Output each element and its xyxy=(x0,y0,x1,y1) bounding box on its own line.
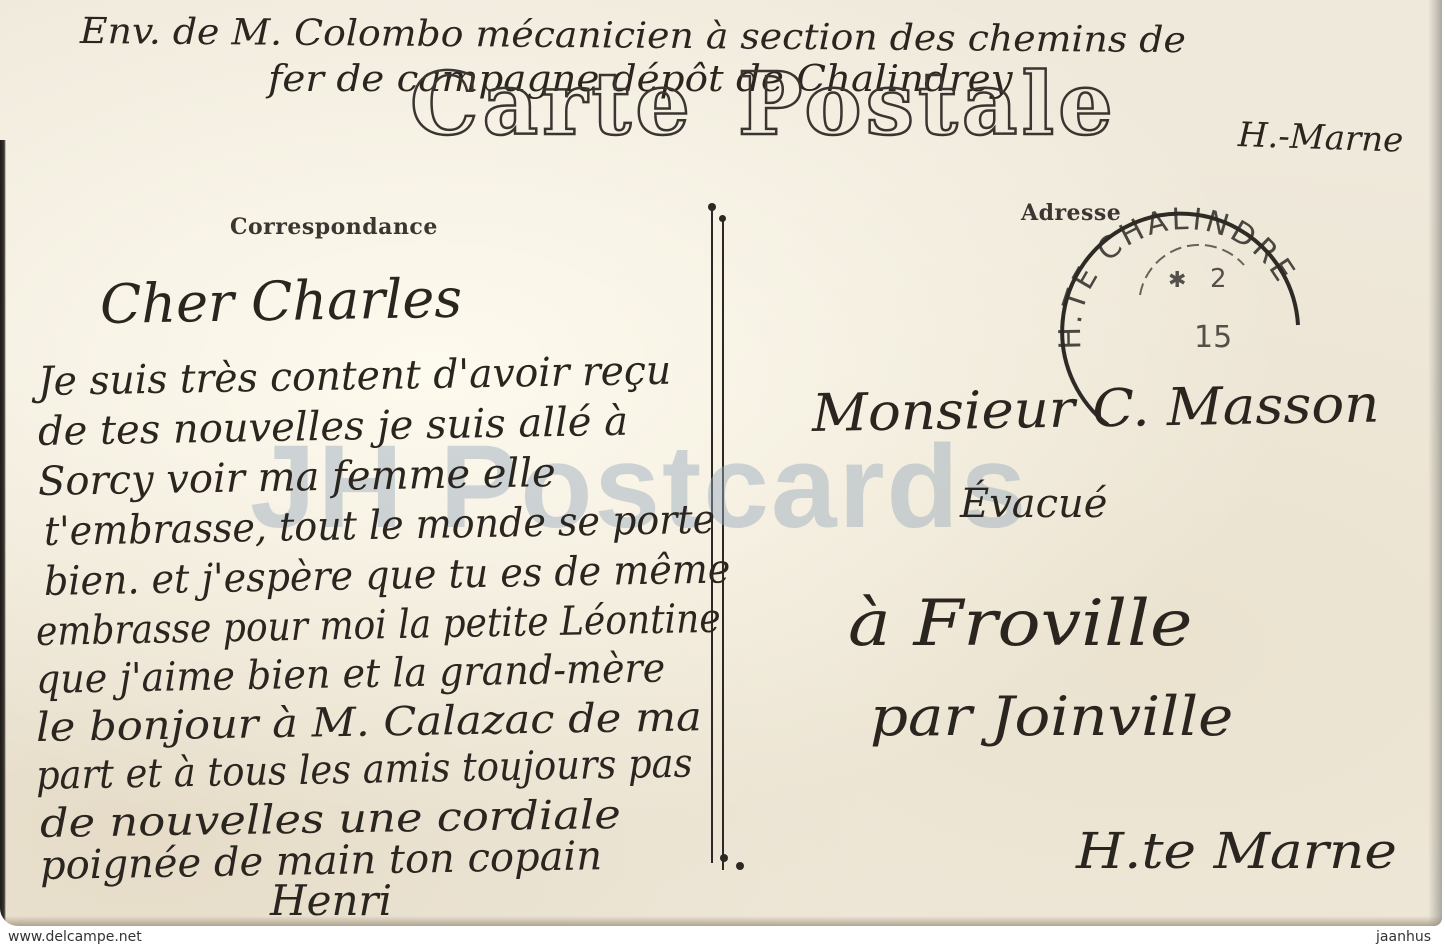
divider-knob-bottom-right xyxy=(736,862,744,870)
message-line-5: bien. et j'espère que tu es de même xyxy=(44,549,731,602)
postcard-back: Env. de M. Colombo mécanicien à section … xyxy=(0,0,1442,926)
message-line-3: Sorcy voir ma femme elle xyxy=(38,453,556,502)
address-via: par Joinville xyxy=(870,690,1233,744)
title-word-carte: Carte xyxy=(410,54,694,155)
message-line-7: que j'aime bien et la grand-mère xyxy=(36,648,666,700)
card-right-edge xyxy=(1428,0,1442,926)
message-line-9: part et à tous les amis toujours pas xyxy=(36,744,693,796)
svg-text:✱: ✱ xyxy=(1168,268,1186,293)
delcampe-credit: www.delcampe.net xyxy=(8,929,142,945)
postcard-scan-page: Env. de M. Colombo mécanicien à section … xyxy=(0,0,1445,948)
divider-knob-top-right xyxy=(719,215,726,222)
address-department: H.te Marne xyxy=(1076,826,1397,876)
address-recipient: Monsieur C. Masson xyxy=(812,379,1380,440)
divider-knob-bottom-left xyxy=(720,854,728,862)
address-town: à Froville xyxy=(848,592,1192,656)
message-salutation: Cher Charles xyxy=(100,272,463,332)
svg-text:15: 15 xyxy=(1194,320,1232,355)
message-line-4: t'embrasse, tout le monde se porte xyxy=(44,500,716,552)
svg-text:2: 2 xyxy=(1210,264,1227,294)
title-word-postale: Postale xyxy=(738,54,1117,155)
message-line-8: le bonjour à M. Calazac de ma xyxy=(36,697,703,748)
jaanhus-credit: jaanhus xyxy=(1376,929,1431,945)
message-line-2: de tes nouvelles je suis allé à xyxy=(38,402,629,452)
message-line-6: embrasse pour moi la petite Léontine xyxy=(36,599,721,652)
card-bottom-edge xyxy=(0,916,1442,926)
sender-header-line3: H.-Marne xyxy=(1237,118,1403,158)
address-status: Évacué xyxy=(960,484,1107,524)
divider-knob-top-left xyxy=(708,203,716,211)
message-signature: Henri xyxy=(270,880,392,922)
card-left-edge xyxy=(0,140,6,926)
sender-header-line1: Env. de M. Colombo mécanicien à section … xyxy=(80,14,1186,59)
message-line-1: Je suis très content d'avoir reçu xyxy=(38,351,672,402)
correspondence-label: Correspondance xyxy=(230,214,438,240)
carte-postale-title: CartePostale xyxy=(410,62,1117,148)
